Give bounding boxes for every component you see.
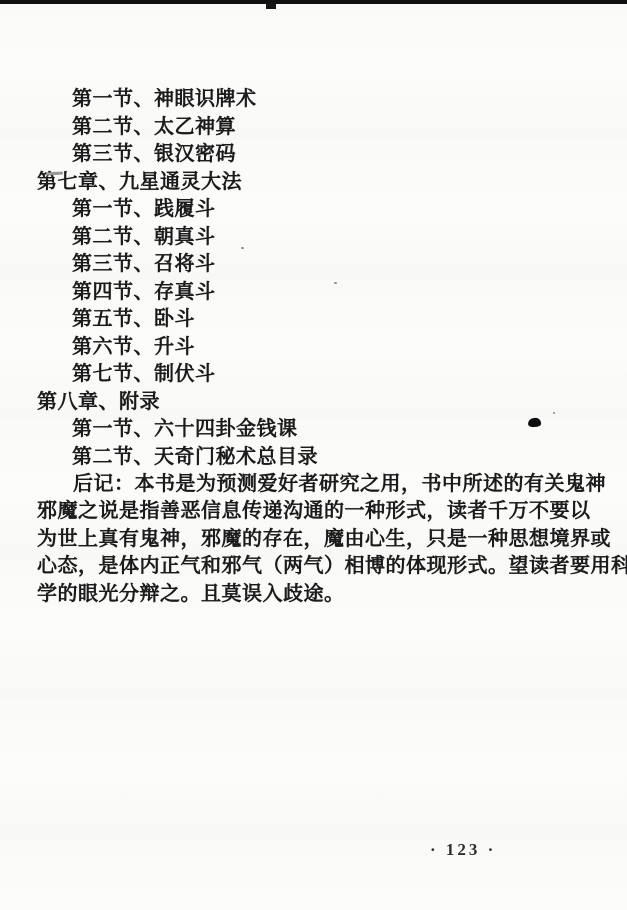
table-of-contents: 第一节、神眼识牌术 第二节、太乙神算 第三节、银汉密码 第七章、九星通灵大法 第… [37,86,597,471]
scan-speck [241,247,244,249]
scan-edge-line [0,0,627,4]
toc-entry: 第一节、践履斗 [72,196,597,224]
page-number: · 123 · [430,840,570,860]
toc-entry: 第六节、升斗 [72,334,597,362]
postscript-paragraph: 后记：本书是为预测爱好者研究之用，书中所述的有关鬼神 邪魔之说是指善恶信息传递沟… [37,471,597,608]
postscript-line: 邪魔之说是指善恶信息传递沟通的一种形式，读者千万不要以 [37,498,597,525]
scan-edge-tick [266,3,276,9]
scanned-book-page: 第一节、神眼识牌术 第二节、太乙神算 第三节、银汉密码 第七章、九星通灵大法 第… [0,0,627,910]
scan-speck [334,282,337,284]
ink-blob-artifact [528,418,542,428]
toc-entry: 第二节、天奇门秘术总目录 [72,444,597,472]
toc-chapter-entry: 第八章、附录 [37,389,597,417]
toc-entry: 第一节、六十四卦金钱课 [72,416,597,444]
toc-entry: 第三节、银汉密码 [72,141,597,169]
postscript-line: 后记：本书是为预测爱好者研究之用，书中所述的有关鬼神 [37,471,597,498]
toc-entry: 第五节、卧斗 [72,306,597,334]
postscript-line: 心态，是体内正气和邪气（两气）相博的体现形式。望读者要用科 [37,553,597,580]
postscript-line: 学的眼光分辩之。且莫误入歧途。 [37,581,597,608]
scan-speck [553,412,555,414]
toc-entry: 第一节、神眼识牌术 [72,86,597,114]
toc-entry: 第三节、召将斗 [72,251,597,279]
postscript-line: 为世上真有鬼神，邪魔的存在，魔由心生，只是一种思想境界或 [37,526,597,553]
toc-entry: 第二节、朝真斗 [72,224,597,252]
toc-entry: 第七节、制伏斗 [72,361,597,389]
toc-entry: 第二节、太乙神算 [72,114,597,142]
toc-chapter-entry: 第七章、九星通灵大法 [37,169,597,197]
